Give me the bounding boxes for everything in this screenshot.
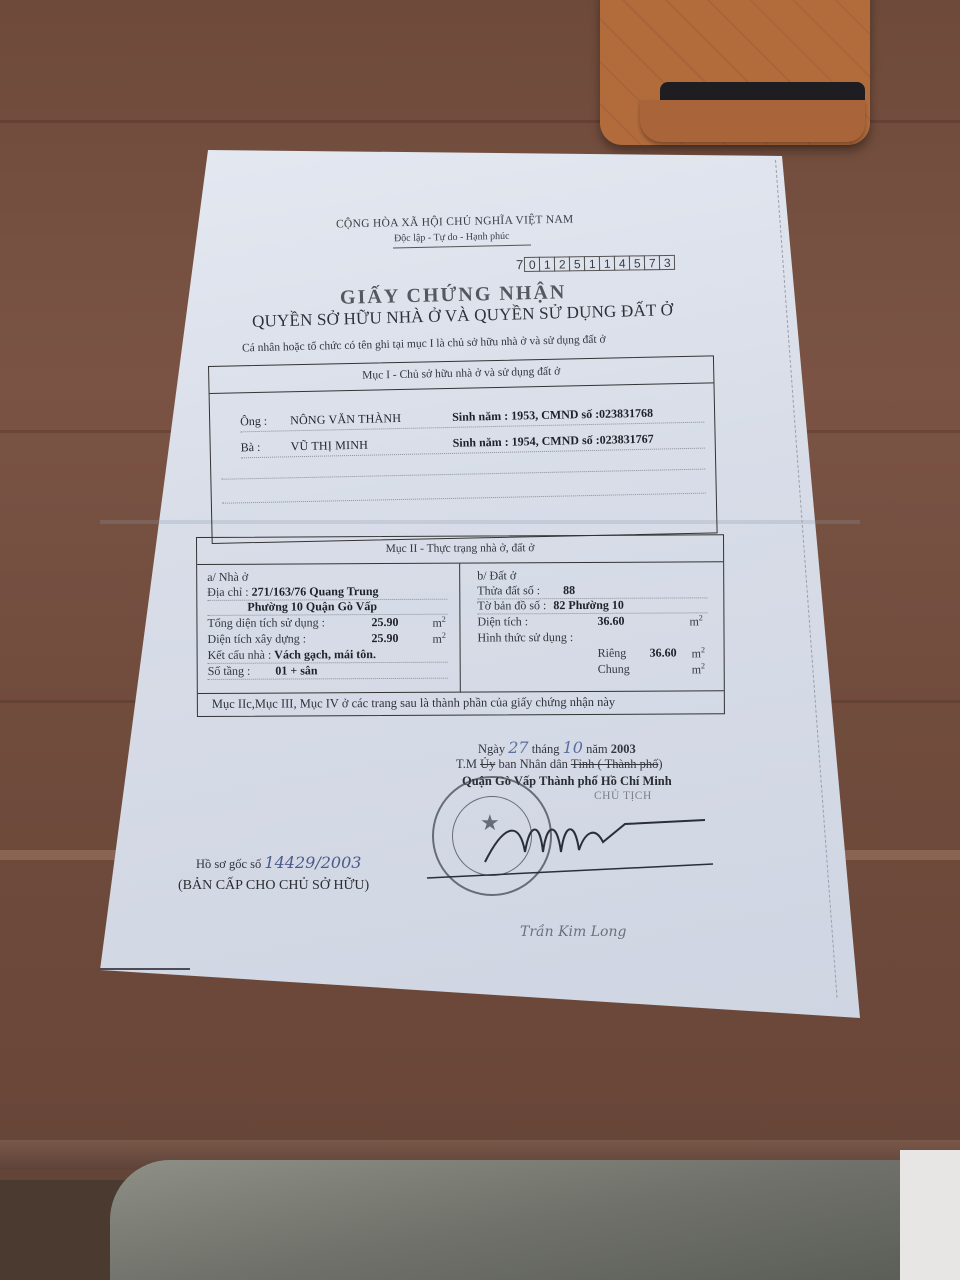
field-label: Diện tích : (477, 614, 528, 628)
land-private: Riêng 36.60 m2 (598, 645, 718, 661)
land-map-sheet: Tờ bản đồ số : 82 Phường 10 (477, 597, 707, 614)
field-label: Tổng diện tích sử dụng : (207, 615, 325, 630)
date-label: năm (586, 742, 608, 756)
date-label: Ngày (478, 742, 505, 756)
field-value: Vách gạch, mái tôn. (274, 647, 376, 662)
signer-role: CHỦ TỊCH (594, 790, 652, 802)
date-month: 10 (563, 738, 583, 757)
house-total-area: Tổng diện tích sử dụng : 25.90 m2 (207, 615, 457, 631)
serial-digit: 4 (614, 256, 630, 271)
unit-label: m2 (692, 645, 705, 661)
authority-text: ban Nhân dân (498, 757, 567, 771)
blank-line (221, 469, 705, 480)
land-area: Diện tích : 36.60 m2 (477, 613, 717, 629)
serial-digit: 5 (629, 255, 645, 270)
divider (198, 690, 724, 694)
field-label: Địa chỉ : (207, 585, 248, 599)
authority-close: ) (658, 757, 662, 771)
country-header: CỘNG HÒA XÃ HỘI CHỦ NGHĨA VIỆT NAM (336, 214, 574, 231)
copy-note: (BẢN CẤP CHO CHỦ SỞ HỮU) (178, 878, 369, 894)
intro-text: Cá nhân hoặc tổ chức có tên ghi tại mục … (242, 334, 606, 355)
signer-name: Trần Kim Long (520, 924, 626, 940)
land-shared: Chung m2 (598, 661, 718, 677)
field-value: 01 + sân (275, 663, 317, 677)
field-label: Tờ bản đồ số : (477, 598, 546, 612)
owner-label: Bà : (241, 440, 261, 455)
record-number: Hồ sơ gốc số 14429/2003 (196, 853, 361, 872)
serial-digit: 2 (554, 256, 570, 271)
owner-row: Ông : NÔNG VĂN THÀNH Sinh năm : 1953, CM… (240, 405, 704, 433)
certificate-document: CỘNG HÒA XÃ HỘI CHỦ NGHĨA VIỆT NAM Độc l… (0, 0, 960, 1280)
struck-text: Tỉnh ( Thành phố (571, 757, 659, 771)
unit-label: m2 (432, 631, 445, 647)
field-label: Riêng (598, 646, 627, 660)
blank-line (222, 493, 706, 504)
serial-digit: 1 (584, 256, 600, 271)
date-label: tháng (532, 742, 560, 756)
land-usage: Hình thức sử dụng : (477, 630, 573, 646)
field-value: 25.90 (371, 615, 398, 630)
house-built-area: Diện tích xây dựng : 25.90 m2 (207, 631, 457, 647)
field-label: Chung (598, 662, 630, 676)
owner-label: Ông : (240, 414, 267, 430)
field-value: 88 (563, 583, 575, 597)
serial-lead: 7 (516, 257, 523, 272)
field-label: Số tầng : (208, 664, 251, 678)
field-value: 82 Phường 10 (553, 598, 624, 612)
field-value: 271/163/76 Quang Trung (252, 584, 379, 599)
house-address-line2: Phường 10 Quận Gò Vấp (207, 599, 447, 616)
serial-digit: 1 (599, 256, 615, 271)
field-value: Phường 10 Quận Gò Vấp (247, 599, 377, 614)
authority-prefix: T.M (456, 757, 477, 771)
house-floors: Số tầng : 01 + sân (208, 663, 448, 680)
divider (210, 382, 714, 394)
field-value: 36.60 (597, 614, 624, 629)
field-label: Kết cấu nhà : (208, 648, 272, 662)
unit-label: m2 (692, 661, 705, 677)
section-title: Mục II - Thực trạng nhà ở, đất ở (197, 541, 723, 556)
record-label: Hồ sơ gốc số (196, 857, 261, 871)
field-value: 36.60 (650, 645, 677, 660)
serial-digit: 7 (644, 255, 660, 270)
serial-number: 7 0 1 2 5 1 1 4 5 7 3 (516, 255, 675, 272)
header-underline (393, 245, 531, 249)
owner-row: Bà : VŨ THỊ MINH Sinh năm : 1954, CMND s… (241, 431, 705, 459)
field-label: Thửa đất số : (477, 583, 540, 597)
authority-line: T.M Ủy ban Nhân dân Tỉnh ( Thành phố) (456, 757, 663, 772)
motto: Độc lập - Tự do - Hạnh phúc (394, 231, 510, 244)
issue-date: Ngày 27 tháng 10 năm 2003 (478, 738, 636, 757)
house-heading: a/ Nhà ở (207, 570, 248, 585)
section-footer: Mục IIc,Mục III, Mục IV ở các trang sau … (212, 695, 615, 712)
section-title: Mục I - Chủ sở hữu nhà ở và sử dụng đất … (209, 362, 713, 385)
signature-icon (425, 812, 715, 882)
paper-edge (100, 968, 190, 970)
serial-digit: 0 (524, 257, 540, 272)
section-owners: Mục I - Chủ sở hữu nhà ở và sử dụng đất … (208, 355, 718, 544)
field-label: Diện tích xây dựng : (207, 631, 306, 646)
owner-name: NÔNG VĂN THÀNH (290, 411, 401, 428)
record-value: 14429/2003 (264, 853, 361, 872)
section-property: Mục II - Thực trạng nhà ở, đất ở a/ Nhà … (196, 534, 725, 717)
owner-info: Sinh năm : 1954, CMND số :023831767 (453, 432, 654, 451)
field-value: 25.90 (371, 631, 398, 646)
owner-info: Sinh năm : 1953, CMND số :023831768 (452, 406, 653, 425)
column-divider (459, 564, 461, 693)
serial-digit: 3 (659, 255, 675, 270)
serial-digit: 5 (569, 256, 585, 271)
house-structure: Kết cấu nhà : Vách gạch, mái tôn. (208, 647, 448, 664)
date-year: 2003 (611, 742, 636, 756)
unit-label: m2 (689, 613, 702, 629)
unit-label: m2 (432, 615, 445, 631)
struck-text: Ủy (480, 757, 495, 771)
land-heading: b/ Đất ở (477, 568, 516, 583)
serial-digit: 1 (539, 257, 555, 272)
owner-name: VŨ THỊ MINH (291, 438, 369, 455)
date-day: 27 (508, 738, 528, 757)
